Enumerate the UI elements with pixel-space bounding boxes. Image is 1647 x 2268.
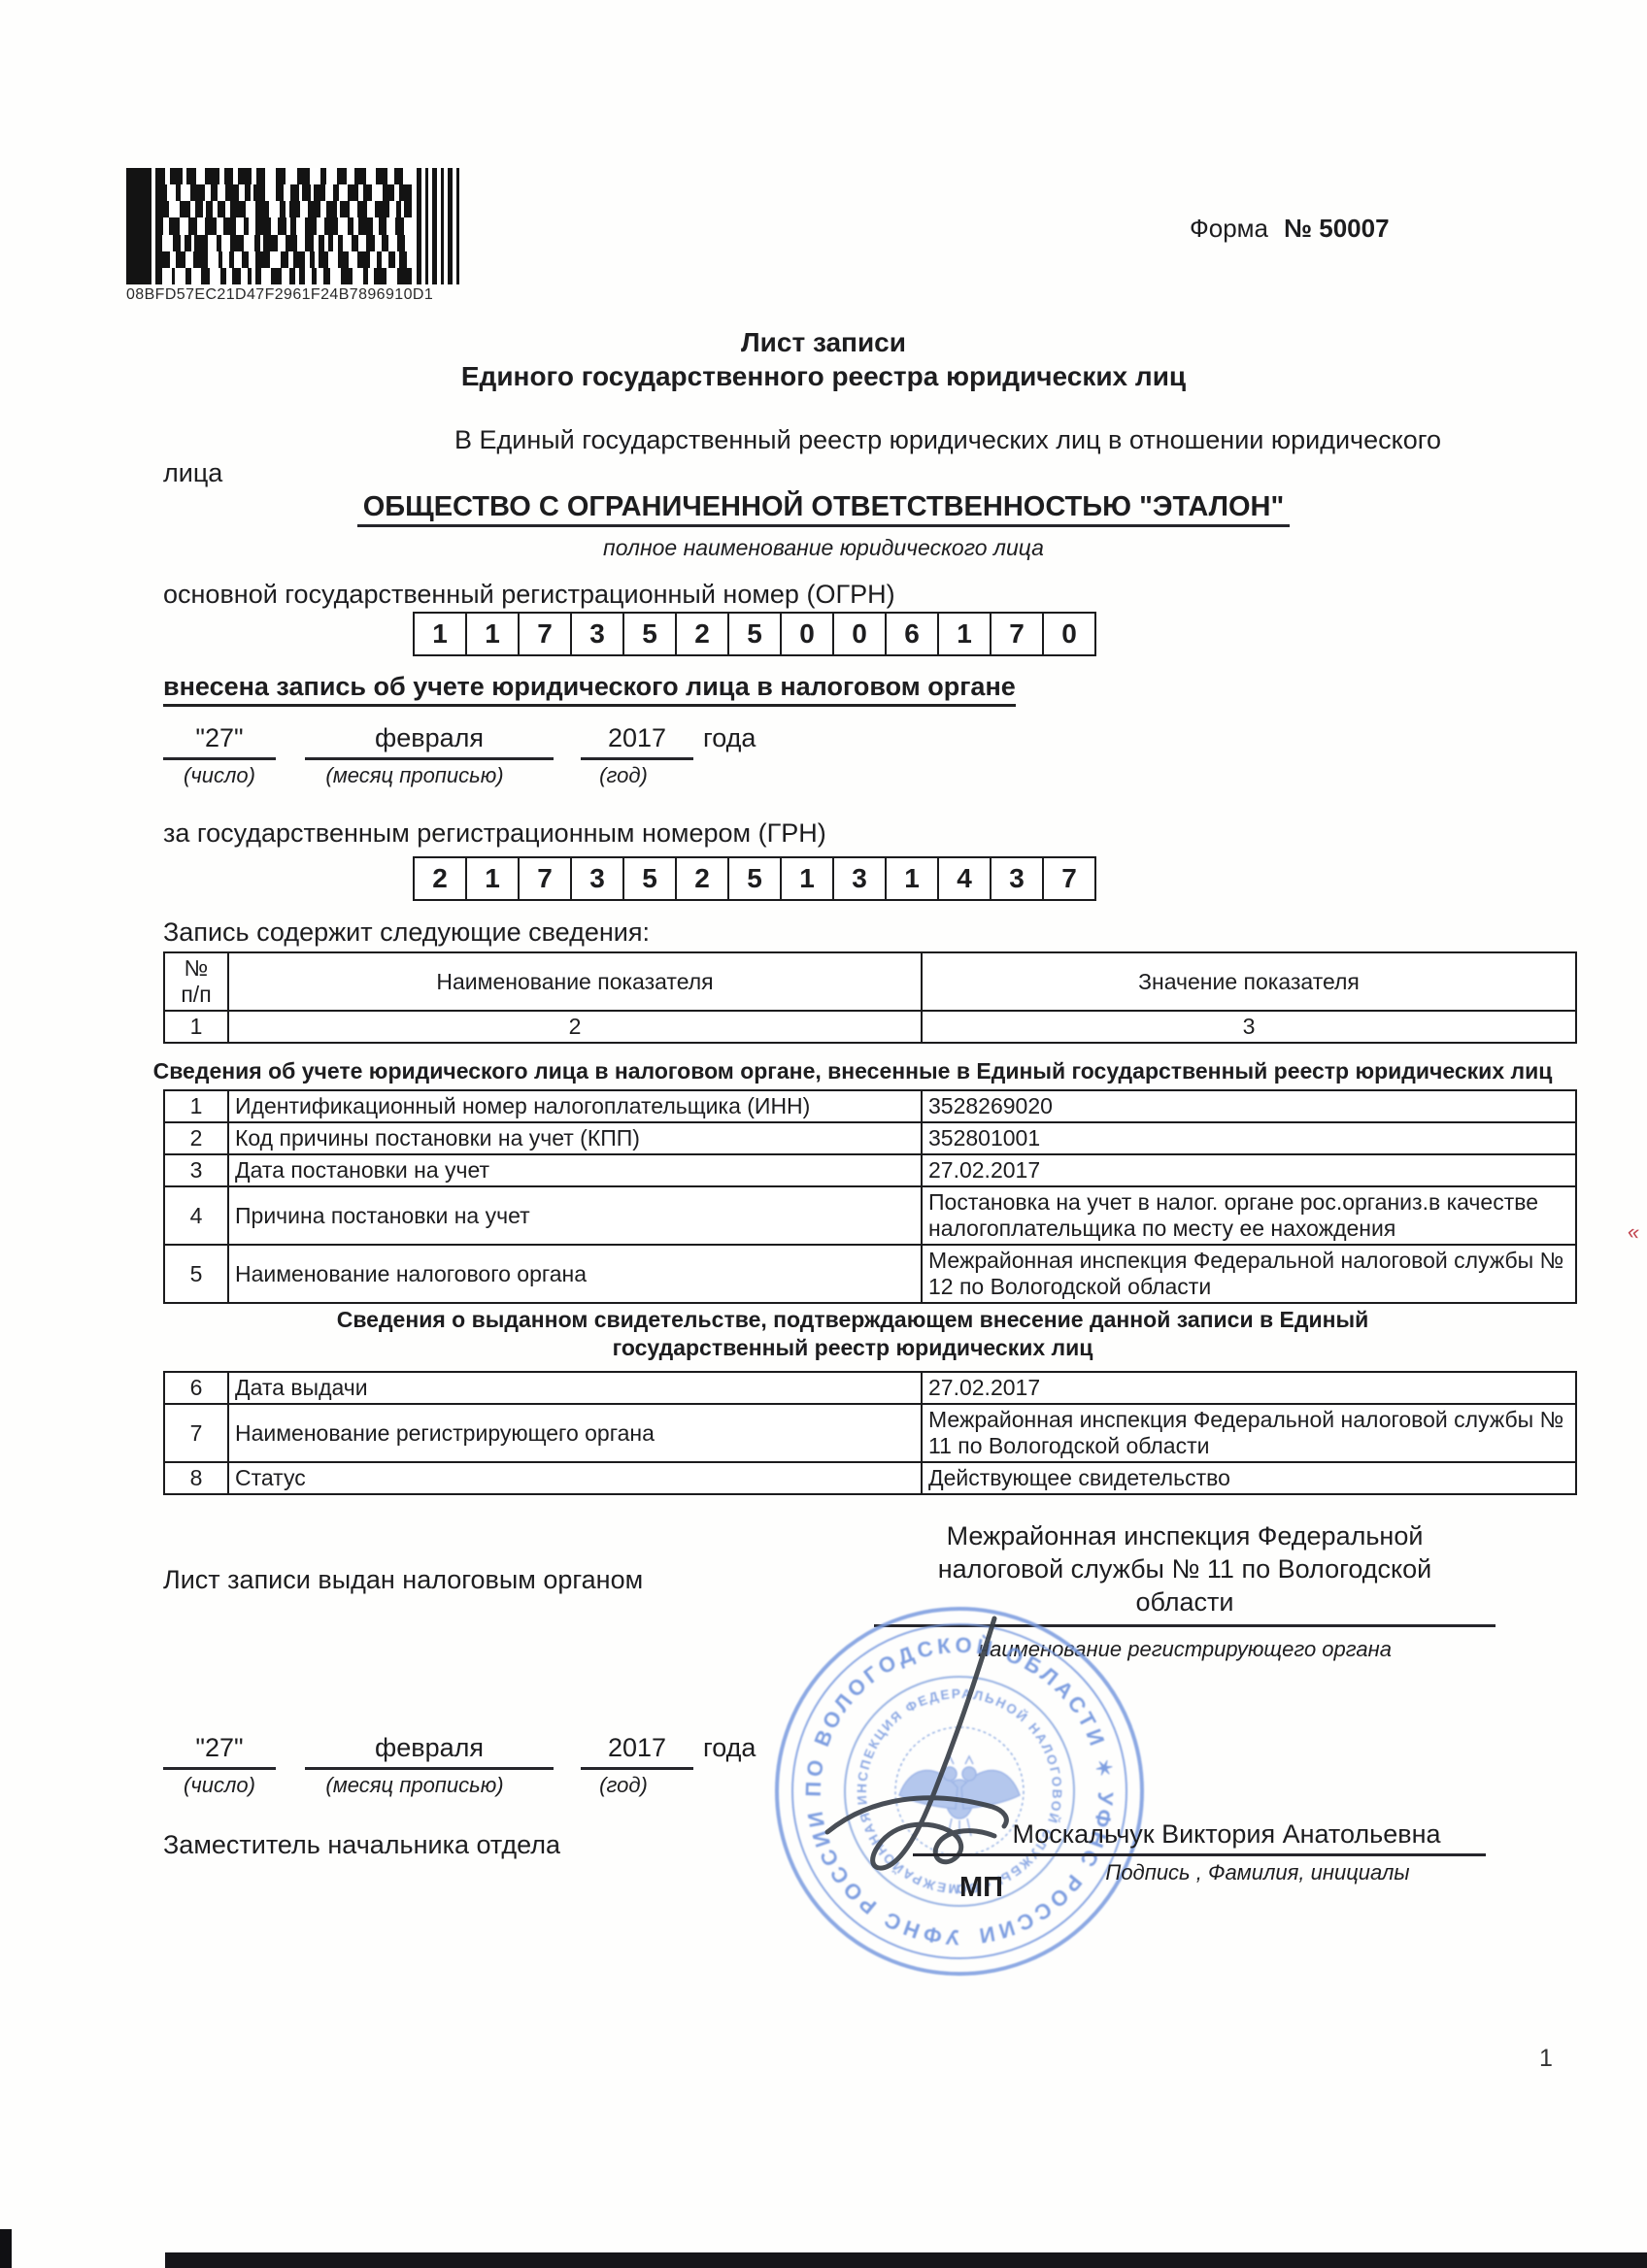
section2-table: 6 Дата выдачи 27.02.2017 7 Наименование … bbox=[163, 1371, 1577, 1495]
ogrn-digit: 1 bbox=[413, 612, 467, 656]
header-num-cell: № п/п bbox=[164, 952, 228, 1011]
form-number: Форма№ 50007 bbox=[1190, 214, 1481, 244]
stamp-place-mark: МП bbox=[959, 1872, 1003, 1904]
handwritten-signature bbox=[765, 1597, 1154, 1985]
issued-by-label: Лист записи выдан налоговым органом bbox=[163, 1565, 643, 1595]
intro-text-line2: лица bbox=[163, 458, 222, 488]
row-num: 7 bbox=[164, 1404, 228, 1462]
barcode-image bbox=[126, 168, 461, 284]
row-name: Статус bbox=[228, 1462, 922, 1494]
scan-red-artifact: « bbox=[1626, 1218, 1641, 1245]
row-value: Межрайонная инспекция Федеральной налого… bbox=[922, 1245, 1576, 1303]
grn-digit: 1 bbox=[465, 856, 520, 901]
row-num: 4 bbox=[164, 1186, 228, 1245]
date-month-value: февраля bbox=[305, 1733, 554, 1770]
signatory-name: Москальчук Виктория Анатольевна bbox=[913, 1819, 1486, 1856]
header-value-cell: Значение показателя bbox=[922, 952, 1576, 1011]
grn-digit: 7 bbox=[518, 856, 572, 901]
row-name: Наименование регистрирующего органа bbox=[228, 1404, 922, 1462]
row-value: Постановка на учет в налог. органе рос.о… bbox=[922, 1186, 1576, 1245]
date-month-field: февраля (месяц прописью) bbox=[276, 1733, 554, 1798]
barcode-start-pattern bbox=[126, 168, 151, 284]
table-row: 3 Дата постановки на учет 27.02.2017 bbox=[164, 1154, 1576, 1186]
record-contents-intro: Запись содержит следующие сведения: bbox=[163, 917, 650, 948]
table-row: 6 Дата выдачи 27.02.2017 bbox=[164, 1372, 1576, 1404]
record-statement: внесена запись об учете юридического лиц… bbox=[163, 672, 1016, 707]
date-day-caption: (число) bbox=[163, 1770, 276, 1798]
ogrn-digit: 5 bbox=[622, 612, 677, 656]
ogrn-digit: 5 bbox=[727, 612, 782, 656]
table-row: 4 Причина постановки на учет Постановка … bbox=[164, 1186, 1576, 1245]
grn-digit: 7 bbox=[1042, 856, 1096, 901]
row-value: 27.02.2017 bbox=[922, 1154, 1576, 1186]
date-day-field: "27" (число) bbox=[163, 1733, 276, 1798]
date-day-value: "27" bbox=[163, 723, 276, 760]
date-month-value: февраля bbox=[305, 723, 554, 760]
header-num-line1: № bbox=[171, 955, 221, 982]
index-cell: 1 bbox=[164, 1011, 228, 1043]
form-label: Форма bbox=[1190, 214, 1268, 243]
barcode-block: 08BFD57EC21D47F2961F24B7896910D1 bbox=[126, 168, 461, 304]
index-cell: 3 bbox=[922, 1011, 1576, 1043]
date-day-field: "27" (число) bbox=[163, 723, 276, 788]
table-row: 1 Идентификационный номер налогоплательщ… bbox=[164, 1090, 1576, 1122]
grn-digit: 2 bbox=[675, 856, 729, 901]
barcode-stop-pattern bbox=[417, 168, 461, 284]
grn-digit: 3 bbox=[990, 856, 1044, 901]
issue-date: "27" (число) февраля (месяц прописью) 20… bbox=[163, 1733, 756, 1798]
date-year-suffix: года bbox=[693, 1733, 756, 1767]
row-value: 27.02.2017 bbox=[922, 1372, 1576, 1404]
grn-digit: 3 bbox=[570, 856, 624, 901]
row-num: 3 bbox=[164, 1154, 228, 1186]
date-year-value: 2017 bbox=[581, 723, 693, 760]
document-page: 08BFD57EC21D47F2961F24B7896910D1 Форма№ … bbox=[0, 0, 1647, 2268]
section2-title: Сведения о выданном свидетельстве, подтв… bbox=[241, 1306, 1464, 1362]
row-value: Действующее свидетельство bbox=[922, 1462, 1576, 1494]
barcode-number: 08BFD57EC21D47F2961F24B7896910D1 bbox=[126, 286, 461, 304]
row-name: Код причины постановки на учет (КПП) bbox=[228, 1122, 922, 1154]
row-num: 1 bbox=[164, 1090, 228, 1122]
ogrn-label: основной государственный регистрационный… bbox=[163, 580, 895, 610]
row-value: 352801001 bbox=[922, 1122, 1576, 1154]
org-name-line1: Межрайонная инспекция Федеральной bbox=[874, 1519, 1496, 1552]
ogrn-digit-boxes: 1 1 7 3 5 2 5 0 0 6 1 7 0 bbox=[413, 612, 1094, 656]
ogrn-digit: 0 bbox=[1042, 612, 1096, 656]
ogrn-digit: 1 bbox=[937, 612, 992, 656]
date-year-field: 2017 (год) bbox=[554, 1733, 693, 1798]
header-num-line2: п/п bbox=[171, 982, 221, 1008]
row-value: 3528269020 bbox=[922, 1090, 1576, 1122]
row-num: 2 bbox=[164, 1122, 228, 1154]
scan-edge-artifact bbox=[165, 2252, 1647, 2268]
intro-text-line1: В Единый государственный реестр юридичес… bbox=[454, 425, 1441, 455]
row-num: 8 bbox=[164, 1462, 228, 1494]
org-name-line2: налоговой службы № 11 по Вологодской bbox=[874, 1552, 1496, 1585]
header-name-cell: Наименование показателя bbox=[228, 952, 922, 1011]
grn-digit: 1 bbox=[780, 856, 834, 901]
ogrn-digit: 6 bbox=[885, 612, 939, 656]
grn-digit: 4 bbox=[937, 856, 992, 901]
section1-table: 1 Идентификационный номер налогоплательщ… bbox=[163, 1089, 1577, 1304]
grn-label: за государственным регистрационным номер… bbox=[163, 818, 826, 849]
table-row: 5 Наименование налогового органа Межрайо… bbox=[164, 1245, 1576, 1303]
ogrn-digit: 7 bbox=[990, 612, 1044, 656]
ogrn-digit: 0 bbox=[832, 612, 887, 656]
company-name: ОБЩЕСТВО С ОГРАНИЧЕННОЙ ОТВЕТСТВЕННОСТЬЮ… bbox=[357, 491, 1291, 527]
grn-digit: 5 bbox=[727, 856, 782, 901]
table-row: 2 Код причины постановки на учет (КПП) 3… bbox=[164, 1122, 1576, 1154]
ogrn-digit: 0 bbox=[780, 612, 834, 656]
date-month-caption: (месяц прописью) bbox=[276, 1770, 554, 1798]
row-name: Наименование налогового органа bbox=[228, 1245, 922, 1303]
scan-corner-artifact bbox=[0, 2229, 12, 2268]
grn-digit: 5 bbox=[622, 856, 677, 901]
row-num: 6 bbox=[164, 1372, 228, 1404]
date-month-caption: (месяц прописью) bbox=[276, 760, 554, 788]
table-header: № п/п Наименование показателя Значение п… bbox=[163, 951, 1577, 1044]
date-year-suffix: года bbox=[693, 723, 756, 757]
ogrn-digit: 3 bbox=[570, 612, 624, 656]
index-cell: 2 bbox=[228, 1011, 922, 1043]
grn-digit: 2 bbox=[413, 856, 467, 901]
date-day-value: "27" bbox=[163, 1733, 276, 1770]
row-name: Дата постановки на учет bbox=[228, 1154, 922, 1186]
date-year-caption: (год) bbox=[554, 760, 693, 788]
row-name: Причина постановки на учет bbox=[228, 1186, 922, 1245]
date-month-field: февраля (месяц прописью) bbox=[276, 723, 554, 788]
table-row: 7 Наименование регистрирующего органа Ме… bbox=[164, 1404, 1576, 1462]
barcode-data-area bbox=[155, 168, 412, 284]
grn-digit: 3 bbox=[832, 856, 887, 901]
date-day-caption: (число) bbox=[163, 760, 276, 788]
grn-digit: 1 bbox=[885, 856, 939, 901]
section1-title: Сведения об учете юридического лица в на… bbox=[134, 1058, 1571, 1084]
ogrn-digit: 7 bbox=[518, 612, 572, 656]
row-num: 5 bbox=[164, 1245, 228, 1303]
document-title: Лист записи bbox=[0, 327, 1647, 358]
date-year-value: 2017 bbox=[581, 1733, 693, 1770]
ogrn-digit: 2 bbox=[675, 612, 729, 656]
table-row: 8 Статус Действующее свидетельство bbox=[164, 1462, 1576, 1494]
company-name-row: ОБЩЕСТВО С ОГРАНИЧЕННОЙ ОТВЕТСТВЕННОСТЬЮ… bbox=[0, 491, 1647, 523]
date-year-caption: (год) bbox=[554, 1770, 693, 1798]
row-value: Межрайонная инспекция Федеральной налого… bbox=[922, 1404, 1576, 1462]
document-subtitle: Единого государственного реестра юридиче… bbox=[0, 361, 1647, 392]
row-name: Дата выдачи bbox=[228, 1372, 922, 1404]
form-number-value: № 50007 bbox=[1284, 214, 1390, 243]
company-name-caption: полное наименование юридического лица bbox=[0, 535, 1647, 561]
page-number: 1 bbox=[1539, 2045, 1553, 2073]
ogrn-digit: 1 bbox=[465, 612, 520, 656]
date-year-field: 2017 (год) bbox=[554, 723, 693, 788]
row-name: Идентификационный номер налогоплательщик… bbox=[228, 1090, 922, 1122]
signatory-position: Заместитель начальника отдела bbox=[163, 1830, 560, 1860]
registration-date: "27" (число) февраля (месяц прописью) 20… bbox=[163, 723, 756, 788]
grn-digit-boxes: 2 1 7 3 5 2 5 1 3 1 4 3 7 bbox=[413, 856, 1094, 901]
